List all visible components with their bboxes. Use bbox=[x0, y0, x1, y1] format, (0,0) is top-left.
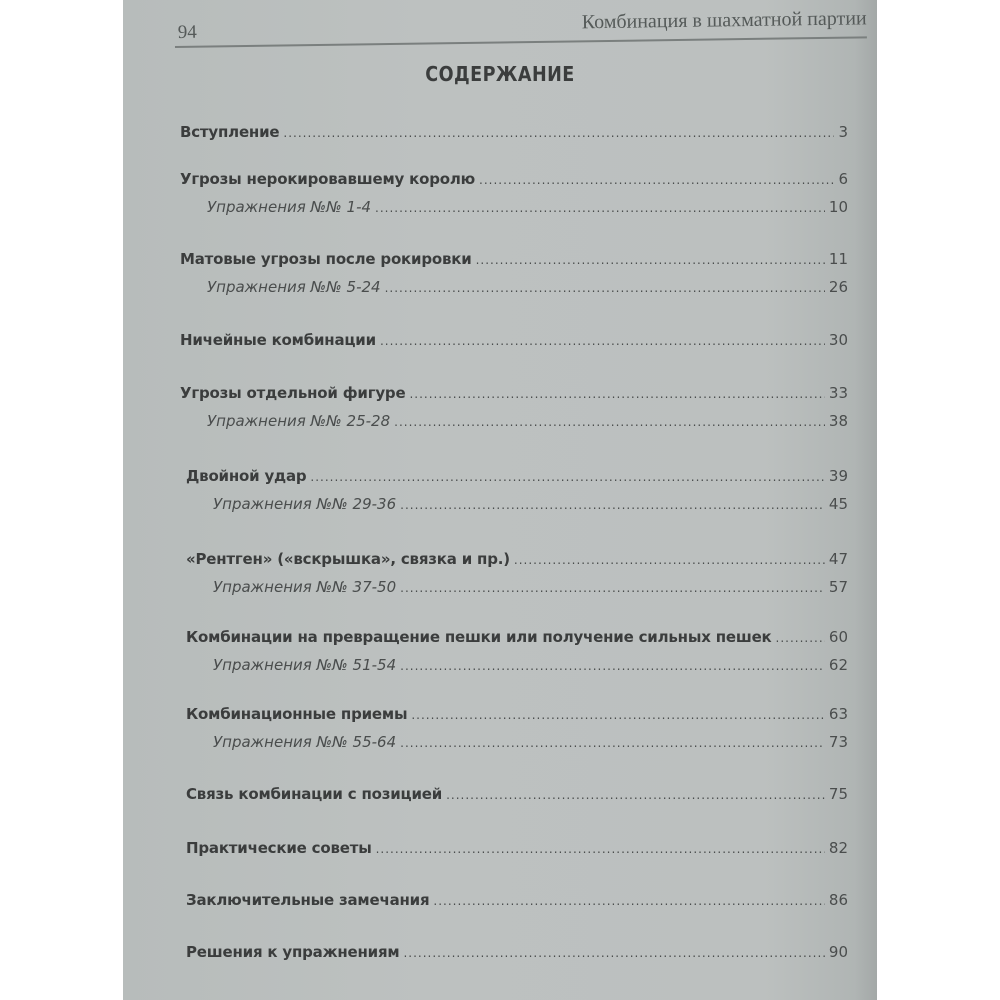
toc-entry: Угрозы отдельной фигуре33 bbox=[180, 384, 848, 402]
toc-entry-label: Упражнения №№ 5-24 bbox=[207, 278, 381, 296]
toc-page-number: 11 bbox=[829, 250, 848, 268]
toc-entry: Вступление3 bbox=[180, 123, 848, 141]
toc-entry: Решения к упражнениям90 bbox=[186, 943, 848, 961]
dot-leader bbox=[403, 946, 824, 960]
toc-entry-label: Упражнения №№ 55-64 bbox=[213, 733, 396, 751]
toc-entry: «Рентген» («вскрышка», связка и пр.)47 bbox=[186, 550, 848, 568]
toc-entry-label: Вступление bbox=[180, 123, 279, 141]
toc-page-number: 63 bbox=[829, 705, 848, 723]
toc-entry: Комбинации на превращение пешки или полу… bbox=[186, 628, 848, 646]
toc-page-number: 10 bbox=[829, 198, 848, 216]
dot-leader bbox=[400, 659, 825, 673]
running-title: Комбинация в шахматной партии bbox=[582, 7, 867, 34]
dot-leader bbox=[433, 894, 825, 908]
dot-leader bbox=[400, 498, 825, 512]
dot-leader bbox=[400, 736, 825, 750]
toc-entry-label: Упражнения №№ 25-28 bbox=[207, 412, 390, 430]
toc-entry-label: Матовые угрозы после рокировки bbox=[180, 250, 472, 268]
dot-leader bbox=[479, 173, 834, 187]
toc-entry-label: Упражнения №№ 37-50 bbox=[213, 578, 396, 596]
dot-leader bbox=[394, 415, 825, 429]
toc-entry: Комбинационные приемы63 bbox=[186, 705, 848, 723]
toc-subentry: Упражнения №№ 1-410 bbox=[207, 198, 848, 216]
dot-leader bbox=[411, 708, 825, 722]
dot-leader bbox=[310, 470, 824, 484]
toc-subentry: Упражнения №№ 25-2838 bbox=[207, 412, 848, 430]
toc-page-number: 86 bbox=[829, 891, 848, 909]
toc-entry-label: Заключительные замечания bbox=[186, 891, 429, 909]
toc-page-number: 75 bbox=[829, 785, 848, 803]
toc-page-number: 60 bbox=[829, 628, 848, 646]
toc-entry-label: Решения к упражнениям bbox=[186, 943, 399, 961]
dot-leader bbox=[400, 581, 825, 595]
toc-entry-label: Угрозы отдельной фигуре bbox=[180, 384, 405, 402]
toc-entry: Практические советы82 bbox=[186, 839, 848, 857]
running-header: 94 Комбинация в шахматной партии bbox=[174, 0, 867, 48]
dot-leader bbox=[375, 201, 825, 215]
toc-page-number: 45 bbox=[829, 495, 848, 513]
toc-entry-label: Двойной удар bbox=[186, 467, 306, 485]
toc-entry: Матовые угрозы после рокировки11 bbox=[180, 250, 848, 268]
dot-leader bbox=[376, 842, 825, 856]
toc-subentry: Упражнения №№ 37-5057 bbox=[213, 578, 848, 596]
toc-subentry: Упражнения №№ 29-3645 bbox=[213, 495, 848, 513]
dot-leader bbox=[380, 334, 825, 348]
book-page: 94 Комбинация в шахматной партии СОДЕРЖА… bbox=[123, 0, 877, 1000]
toc-page-number: 26 bbox=[829, 278, 848, 296]
toc-page-number: 82 bbox=[829, 839, 848, 857]
toc-subentry: Упражнения №№ 5-2426 bbox=[207, 278, 848, 296]
toc-page-number: 30 bbox=[829, 331, 848, 349]
toc-entry-label: Упражнения №№ 51-54 bbox=[213, 656, 396, 674]
toc-page-number: 62 bbox=[829, 656, 848, 674]
toc-entry: Двойной удар39 bbox=[186, 467, 848, 485]
dot-leader bbox=[385, 281, 825, 295]
toc-page-number: 33 bbox=[829, 384, 848, 402]
toc-page-number: 39 bbox=[829, 467, 848, 485]
toc-entry: Связь комбинации с позицией75 bbox=[186, 785, 848, 803]
toc-entry-label: Комбинационные приемы bbox=[186, 705, 407, 723]
toc-subentry: Упражнения №№ 55-6473 bbox=[213, 733, 848, 751]
toc-title: СОДЕРЖАНИЕ bbox=[168, 62, 832, 86]
page-number: 94 bbox=[178, 22, 197, 44]
toc-entry-label: Упражнения №№ 29-36 bbox=[213, 495, 396, 513]
dot-leader bbox=[446, 788, 825, 802]
toc-page-number: 38 bbox=[829, 412, 848, 430]
toc-subentry: Упражнения №№ 51-5462 bbox=[213, 656, 848, 674]
toc-page-number: 73 bbox=[829, 733, 848, 751]
toc-entry-label: Упражнения №№ 1-4 bbox=[207, 198, 371, 216]
toc-entry-label: Комбинации на превращение пешки или полу… bbox=[186, 628, 772, 646]
toc-entry: Заключительные замечания86 bbox=[186, 891, 848, 909]
toc-entry-label: Угрозы нерокировавшему королю bbox=[180, 170, 475, 188]
toc-entry: Ничейные комбинации30 bbox=[180, 331, 848, 349]
dot-leader bbox=[776, 631, 825, 645]
toc-entry-label: «Рентген» («вскрышка», связка и пр.) bbox=[186, 550, 510, 568]
dot-leader bbox=[409, 387, 824, 401]
toc-entry: Угрозы нерокировавшему королю6 bbox=[180, 170, 848, 188]
toc-entry-label: Ничейные комбинации bbox=[180, 331, 376, 349]
dot-leader bbox=[283, 126, 834, 140]
toc-page-number: 57 bbox=[829, 578, 848, 596]
toc-page-number: 90 bbox=[829, 943, 848, 961]
toc-entry-label: Практические советы bbox=[186, 839, 372, 857]
toc-page-number: 6 bbox=[838, 170, 848, 188]
toc-entry-label: Связь комбинации с позицией bbox=[186, 785, 442, 803]
toc-page-number: 3 bbox=[838, 123, 848, 141]
dot-leader bbox=[476, 253, 825, 267]
dot-leader bbox=[514, 553, 825, 567]
toc-page-number: 47 bbox=[829, 550, 848, 568]
